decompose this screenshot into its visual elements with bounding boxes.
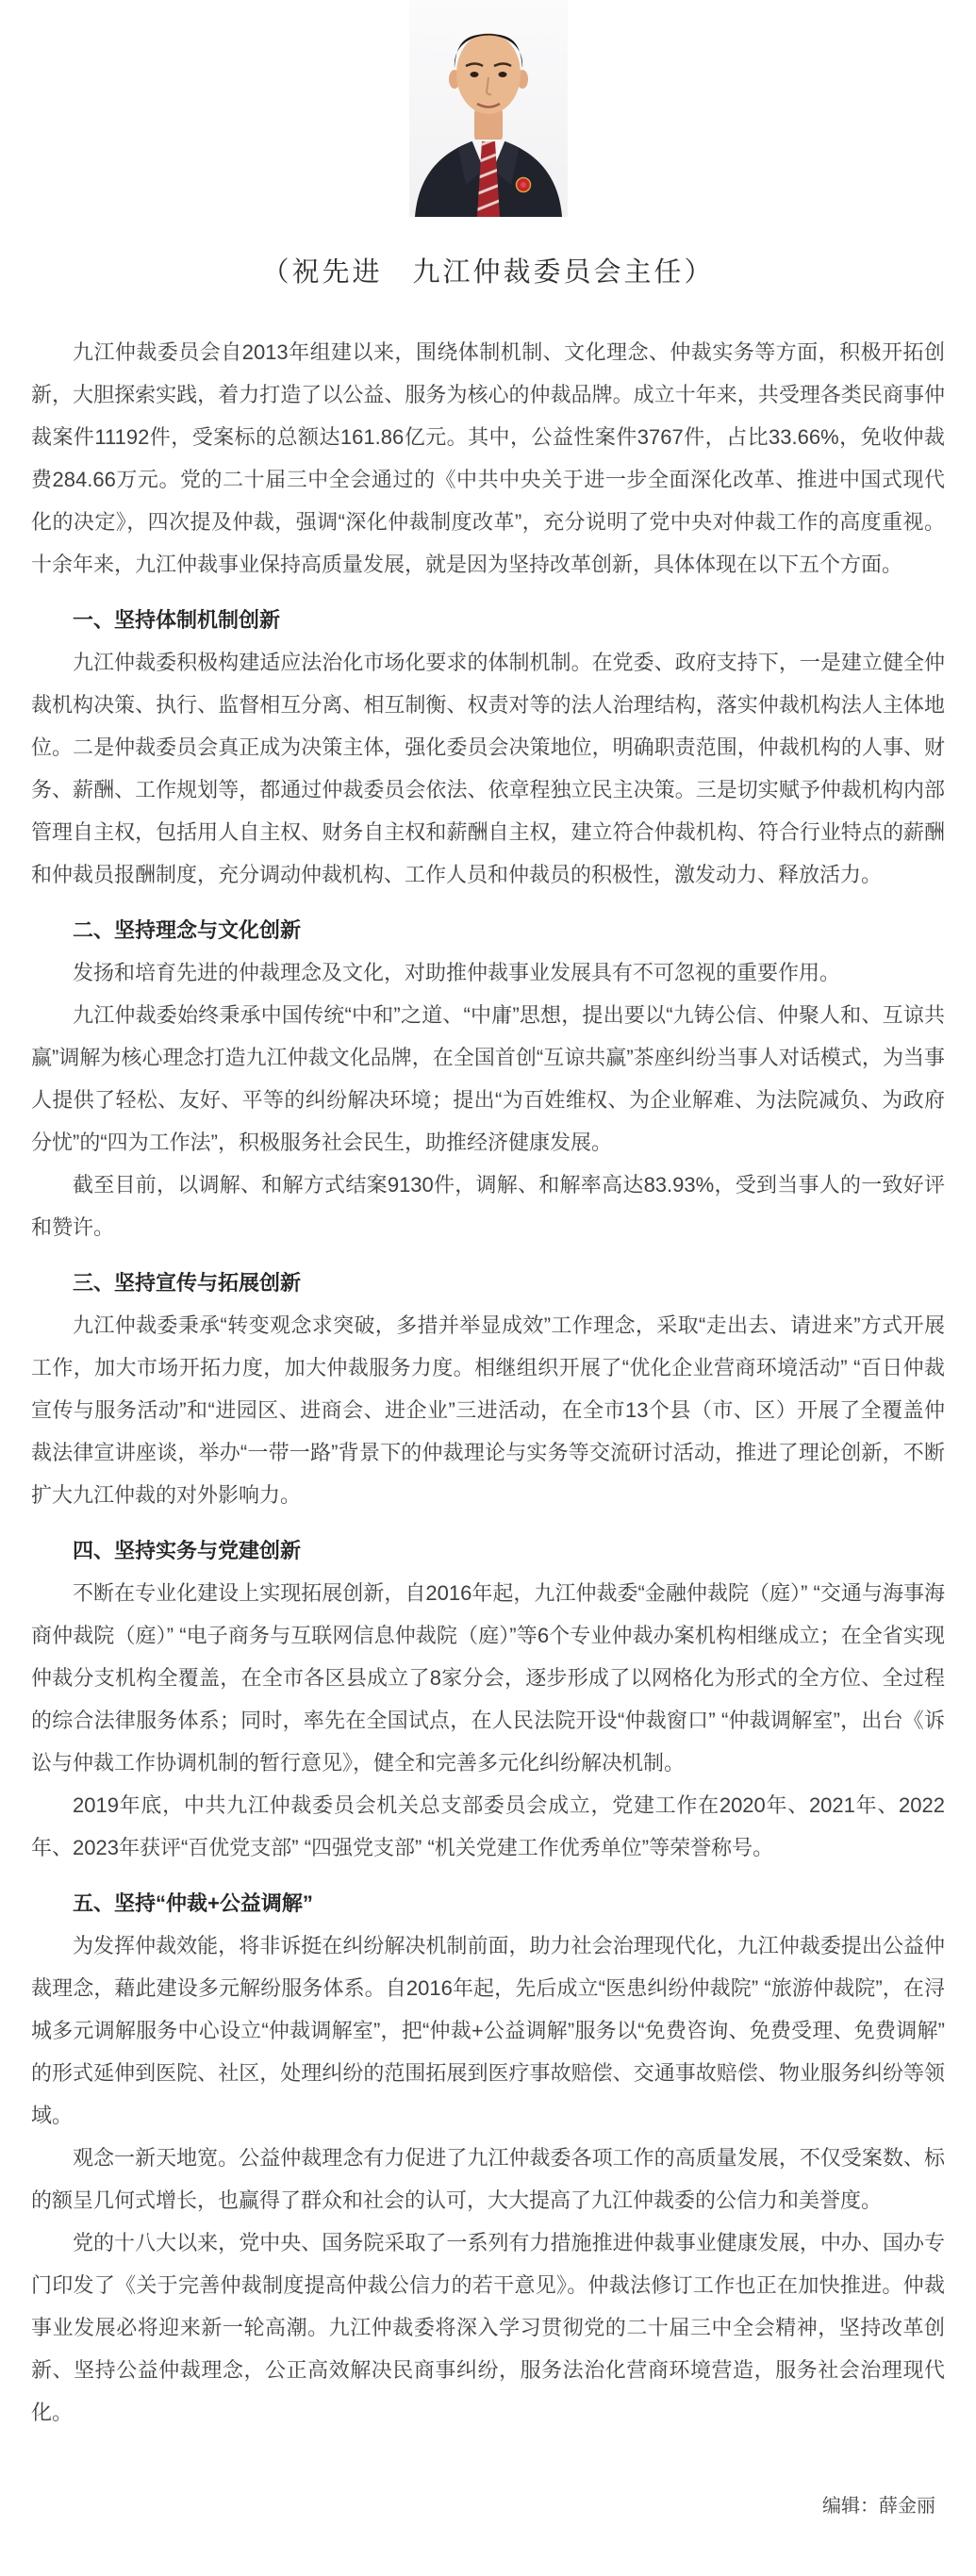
section-heading-5: 五、坚持“仲裁+公益调解” — [31, 1882, 945, 1924]
paragraph: 九江仲裁委始终秉承中国传统“中和”之道、“中庸”思想，提出要以“九铸公信、仲聚人… — [31, 994, 945, 1164]
paragraph: 九江仲裁委秉承“转变观念求突破，多措并举显成效”工作理念，采取“走出去、请进来”… — [31, 1304, 945, 1516]
paragraph: 2019年底，中共九江仲裁委员会机关总支部委员会成立，党建工作在2020年、20… — [31, 1784, 945, 1869]
page: （祝先进 九江仲裁委员会主任） 九江仲裁委员会自2013年组建以来，围绕体制机制… — [0, 0, 976, 2546]
portrait-photo-container — [31, 0, 945, 217]
paragraph: 截至目前，以调解、和解方式结案9130件，调解、和解率高达83.93%，受到当事… — [31, 1164, 945, 1248]
paragraph: 党的十八大以来，党中央、国务院采取了一系列有力措施推进仲裁事业健康发展，中办、国… — [31, 2221, 945, 2434]
section-heading-3: 三、坚持宣传与拓展创新 — [31, 1262, 945, 1304]
paragraph: 不断在专业化建设上实现拓展创新，自2016年起，九江仲裁委“金融仲裁院（庭）” … — [31, 1572, 945, 1784]
article-body: 九江仲裁委员会自2013年组建以来，围绕体制机制、文化理念、仲裁实务等方面，积极… — [31, 331, 945, 2434]
portrait-photo — [409, 0, 568, 217]
paragraph: 九江仲裁委积极构建适应法治化市场化要求的体制机制。在党委、政府支持下，一是建立健… — [31, 641, 945, 896]
section-heading-1: 一、坚持体制机制创新 — [31, 599, 945, 641]
photo-caption: （祝先进 九江仲裁委员会主任） — [31, 251, 945, 289]
paragraph-intro: 九江仲裁委员会自2013年组建以来，围绕体制机制、文化理念、仲裁实务等方面，积极… — [31, 331, 945, 586]
paragraph: 观念一新天地宽。公益仲裁理念有力促进了九江仲裁委各项工作的高质量发展，不仅受案数… — [31, 2137, 945, 2221]
paragraph: 为发挥仲裁效能，将非诉挺在纠纷解决机制前面，助力社会治理现代化，九江仲裁委提出公… — [31, 1924, 945, 2137]
section-heading-2: 二、坚持理念与文化创新 — [31, 909, 945, 951]
section-heading-4: 四、坚持实务与党建创新 — [31, 1529, 945, 1572]
editor-credit: 编辑：薛金丽 — [31, 2490, 945, 2518]
paragraph: 发扬和培育先进的仲裁理念及文化，对助推仲裁事业发展具有不可忽视的重要作用。 — [31, 951, 945, 994]
lapel-pin-icon — [516, 178, 530, 192]
